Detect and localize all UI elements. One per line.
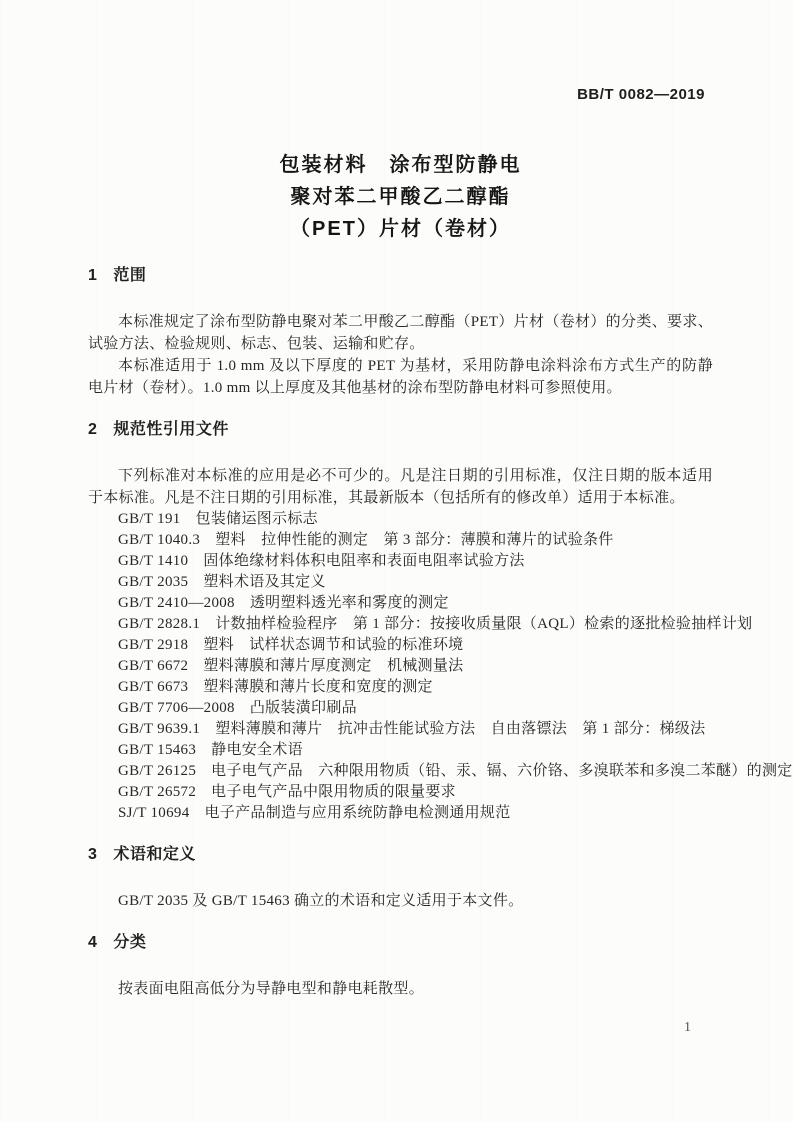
- section-number: 1: [88, 267, 97, 284]
- reference-title: 塑料术语及其定义: [203, 574, 325, 590]
- reference-title: 塑料 拉伸性能的测定 第 3 部分：薄膜和薄片的试验条件: [215, 532, 613, 548]
- reference-title: 包装储运图示标志: [196, 511, 318, 527]
- reference-item: GB/T 9639.1塑料薄膜和薄片 抗冲击性能试验方法 自由落镖法 第 1 部…: [88, 719, 713, 740]
- reference-title: 电子电气产品中限用物质的限量要求: [211, 784, 456, 800]
- reference-title: 电子电气产品 六种限用物质（铅、汞、镉、六价铬、多溴联苯和多溴二苯醚）的测定: [211, 763, 792, 779]
- reference-item: GB/T 26572电子电气产品中限用物质的限量要求: [88, 782, 713, 803]
- section-title: 范围: [113, 267, 146, 284]
- reference-item: GB/T 6672塑料薄膜和薄片厚度测定 机械测量法: [88, 656, 713, 677]
- reference-code: GB/T 15463: [118, 742, 196, 758]
- section-classification: 4分类 按表面电阻高低分为导静电型和静电耗散型。: [88, 932, 713, 1000]
- reference-code: GB/T 26572: [118, 784, 196, 800]
- paragraph: 按表面电阻高低分为导静电型和静电耗散型。: [88, 978, 713, 1000]
- reference-code: SJ/T 10694: [118, 805, 190, 821]
- paragraph: 本标准适用于 1.0 mm 及以下厚度的 PET 为基材，采用防静电涂料涂布方式…: [88, 355, 713, 399]
- reference-title: 塑料 试样状态调节和试验的标准环境: [203, 637, 463, 653]
- document-page: BB/T 0082—2019 包装材料 涂布型防静电 聚对苯二甲酸乙二醇酯 （P…: [0, 0, 793, 1122]
- reference-code: GB/T 2918: [118, 637, 188, 653]
- section-heading-normative-references: 2规范性引用文件: [88, 419, 713, 441]
- reference-code: GB/T 6672: [118, 658, 188, 674]
- reference-item: GB/T 7706—2008凸版装潢印刷品: [88, 698, 713, 719]
- paragraph: 本标准规定了涂布型防静电聚对苯二甲酸乙二醇酯（PET）片材（卷材）的分类、要求、…: [88, 311, 713, 355]
- title-line-2: 聚对苯二甲酸乙二醇酯: [88, 181, 713, 213]
- reference-code: GB/T 1410: [118, 553, 188, 569]
- reference-item: GB/T 1410固体绝缘材料体积电阻率和表面电阻率试验方法: [88, 551, 713, 572]
- reference-code: GB/T 2410—2008: [118, 595, 235, 611]
- section-number: 3: [88, 846, 97, 863]
- section-title: 术语和定义: [113, 846, 196, 863]
- reference-item: GB/T 26125电子电气产品 六种限用物质（铅、汞、镉、六价铬、多溴联苯和多…: [88, 761, 713, 782]
- reference-item: GB/T 191包装储运图示标志: [88, 509, 713, 530]
- reference-title: 塑料薄膜和薄片厚度测定 机械测量法: [203, 658, 463, 674]
- section-number: 4: [88, 934, 97, 951]
- reference-code: GB/T 7706—2008: [118, 700, 235, 716]
- reference-title: 固体绝缘材料体积电阻率和表面电阻率试验方法: [203, 553, 524, 569]
- title-line-3: （PET）片材（卷材）: [88, 213, 713, 245]
- reference-code: GB/T 26125: [118, 763, 196, 779]
- document-content: 包装材料 涂布型防静电 聚对苯二甲酸乙二醇酯 （PET）片材（卷材） 1范围 本…: [0, 0, 793, 1122]
- section-normative-references: 2规范性引用文件 下列标准对本标准的应用是必不可少的。凡是注日期的引用标准，仅注…: [88, 419, 713, 824]
- reference-code: GB/T 2035: [118, 574, 188, 590]
- section-number: 2: [88, 421, 97, 438]
- reference-item: GB/T 2035塑料术语及其定义: [88, 572, 713, 593]
- reference-title: 凸版装潢印刷品: [250, 700, 357, 716]
- reference-code: GB/T 6673: [118, 679, 188, 695]
- reference-code: GB/T 191: [118, 511, 181, 527]
- reference-item: GB/T 1040.3塑料 拉伸性能的测定 第 3 部分：薄膜和薄片的试验条件: [88, 530, 713, 551]
- reference-title: 静电安全术语: [211, 742, 303, 758]
- reference-item: GB/T 6673塑料薄膜和薄片长度和宽度的测定: [88, 677, 713, 698]
- page-number: 1: [684, 1020, 691, 1036]
- section-title: 规范性引用文件: [113, 421, 229, 438]
- reference-title: 透明塑料透光率和雾度的测定: [250, 595, 449, 611]
- section-heading-scope: 1范围: [88, 265, 713, 287]
- paragraph: 下列标准对本标准的应用是必不可少的。凡是注日期的引用标准，仅注日期的版本适用于本…: [88, 465, 713, 509]
- paragraph: GB/T 2035 及 GB/T 15463 确立的术语和定义适用于本文件。: [88, 890, 713, 912]
- section-title: 分类: [113, 934, 146, 951]
- section-heading-classification: 4分类: [88, 932, 713, 954]
- reference-item: SJ/T 10694电子产品制造与应用系统防静电检测通用规范: [88, 803, 713, 824]
- section-scope: 1范围 本标准规定了涂布型防静电聚对苯二甲酸乙二醇酯（PET）片材（卷材）的分类…: [88, 265, 713, 399]
- reference-item: GB/T 15463静电安全术语: [88, 740, 713, 761]
- reference-code: GB/T 9639.1: [118, 721, 200, 737]
- section-heading-terms-definitions: 3术语和定义: [88, 844, 713, 866]
- reference-item: GB/T 2828.1计数抽样检验程序 第 1 部分：按接收质量限（AQL）检索…: [88, 614, 713, 635]
- document-title: 包装材料 涂布型防静电 聚对苯二甲酸乙二醇酯 （PET）片材（卷材）: [88, 149, 713, 245]
- section-terms-definitions: 3术语和定义 GB/T 2035 及 GB/T 15463 确立的术语和定义适用…: [88, 844, 713, 912]
- reference-title: 电子产品制造与应用系统防静电检测通用规范: [205, 805, 511, 821]
- reference-list: GB/T 191包装储运图示标志 GB/T 1040.3塑料 拉伸性能的测定 第…: [88, 509, 713, 824]
- reference-code: GB/T 2828.1: [118, 616, 200, 632]
- reference-item: GB/T 2410—2008透明塑料透光率和雾度的测定: [88, 593, 713, 614]
- reference-title: 塑料薄膜和薄片 抗冲击性能试验方法 自由落镖法 第 1 部分：梯级法: [215, 721, 705, 737]
- reference-title: 塑料薄膜和薄片长度和宽度的测定: [203, 679, 433, 695]
- title-line-1: 包装材料 涂布型防静电: [88, 149, 713, 181]
- reference-title: 计数抽样检验程序 第 1 部分：按接收质量限（AQL）检索的逐批检验抽样计划: [215, 616, 752, 632]
- reference-code: GB/T 1040.3: [118, 532, 200, 548]
- reference-item: GB/T 2918塑料 试样状态调节和试验的标准环境: [88, 635, 713, 656]
